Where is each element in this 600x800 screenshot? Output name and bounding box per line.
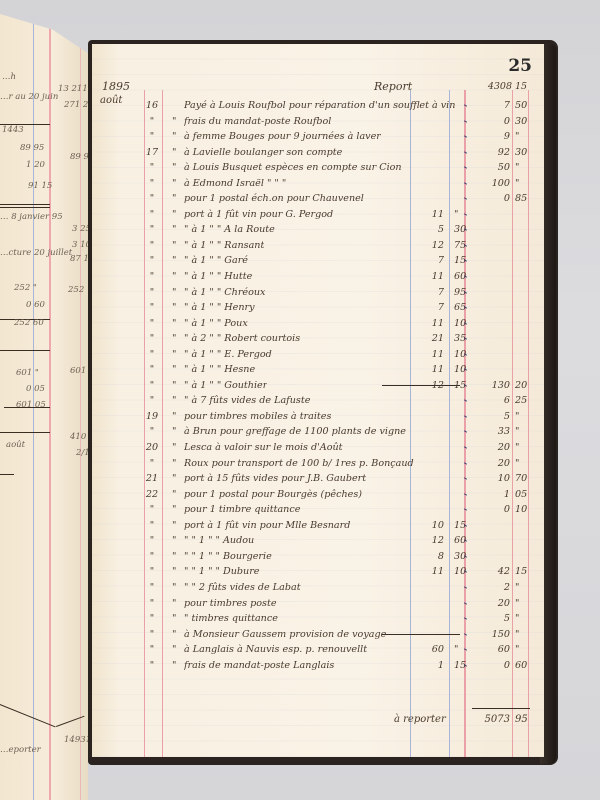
entry-day: " xyxy=(144,644,160,655)
entry-subtotal-francs: 10 xyxy=(420,520,444,531)
entry-subtotal-francs: 12 xyxy=(420,240,444,251)
entry-amount-centimes: 50 xyxy=(515,100,533,111)
ledger-entry-row: " " frais de mandat-poste Langlais 1 15 … xyxy=(92,659,544,675)
entry-day: " xyxy=(144,116,160,127)
entry-ditto-mark: " xyxy=(172,644,176,655)
left-page-text: …cture 20 juillet xyxy=(0,248,72,258)
entry-description: à Lavielle boulanger son compte xyxy=(184,147,342,158)
checkmark-tick-icon xyxy=(464,586,467,588)
left-closing-stroke xyxy=(0,704,56,727)
checkmark-tick-icon xyxy=(464,167,467,169)
entry-amount-centimes: " xyxy=(515,162,533,173)
entry-ditto-mark: " xyxy=(172,302,176,313)
entry-subtotal-centimes: 30 xyxy=(454,551,470,562)
entry-day: " xyxy=(144,162,160,173)
left-page-text: 14931 xyxy=(64,735,91,745)
checkmark-tick-icon xyxy=(464,477,467,479)
year-label: 1895 xyxy=(102,80,130,93)
checkmark-tick-icon xyxy=(464,198,467,200)
entry-description: " à 7 fûts vides de Lafuste xyxy=(184,395,310,406)
entry-ditto-mark: " xyxy=(172,209,176,220)
left-total-rule xyxy=(0,207,50,208)
entry-ditto-mark: " xyxy=(172,162,176,173)
entry-ditto-mark: " xyxy=(172,426,176,437)
entry-ditto-mark: " xyxy=(172,629,176,640)
entry-day: " xyxy=(144,380,160,391)
entry-day: " xyxy=(144,302,160,313)
entry-amount-francs: 20 xyxy=(470,458,510,469)
entry-ditto-mark: " xyxy=(172,224,176,235)
entry-ditto-mark: " xyxy=(172,473,176,484)
entry-amount-francs: 5 xyxy=(470,411,510,422)
entry-amount-francs: 130 xyxy=(470,380,510,391)
page-number: 25 xyxy=(508,56,532,76)
entry-subtotal-centimes: 15 xyxy=(454,660,470,671)
entry-subtotal-francs: 11 xyxy=(420,318,444,329)
checkmark-tick-icon xyxy=(464,151,467,153)
ledger-entry-row: 19 " pour timbres mobiles à traites 5 " xyxy=(92,410,544,426)
entry-amount-centimes: 15 xyxy=(515,566,533,577)
ledger-entry-row: " " à Louis Busquet espèces en compte su… xyxy=(92,161,544,177)
entry-amount-centimes: 30 xyxy=(515,116,533,127)
entry-amount-francs: 20 xyxy=(470,598,510,609)
entry-day: " xyxy=(144,535,160,546)
ledger-entry-row: " " port à 1 fût vin pour Mlle Besnard 1… xyxy=(92,519,544,535)
left-page-text: 0 05 xyxy=(26,384,45,394)
entry-ditto-mark: " xyxy=(172,551,176,562)
ledger-entry-row: " " à Edmond Israël " " " 100 " xyxy=(92,177,544,193)
entry-day: " xyxy=(144,660,160,671)
entry-day: " xyxy=(144,364,160,375)
left-red-rule-2 xyxy=(80,14,81,800)
ledger-entry-row: " " " à 1 " " A la Route 5 30 xyxy=(92,223,544,239)
left-page-text: 252 xyxy=(68,285,84,295)
entry-description: " " 2 fûts vides de Labat xyxy=(184,582,301,593)
entry-ditto-mark: " xyxy=(172,240,176,251)
page-total-rule xyxy=(472,708,530,709)
entry-day: 20 xyxy=(144,442,160,453)
entry-subtotal-francs: 7 xyxy=(420,287,444,298)
entry-description: Lesca à valoir sur le mois d'Août xyxy=(184,442,343,453)
entry-amount-centimes: " xyxy=(515,442,533,453)
carried-forward-label: Report xyxy=(374,80,412,93)
entry-day: 22 xyxy=(144,489,160,500)
entry-day: " xyxy=(144,178,160,189)
left-page-text: 252 60 xyxy=(14,318,44,328)
entry-amount-francs: 0 xyxy=(470,660,510,671)
left-total-rule xyxy=(0,350,50,351)
entry-day: " xyxy=(144,333,160,344)
left-total-rule xyxy=(0,474,14,475)
entry-subtotal-francs: 8 xyxy=(420,551,444,562)
entry-description: " à 2 " " Robert courtois xyxy=(184,333,300,344)
entry-amount-francs: 6 xyxy=(470,395,510,406)
entry-amount-centimes: 85 xyxy=(515,193,533,204)
entry-day: " xyxy=(144,551,160,562)
entry-description: " à 1 " " Hutte xyxy=(184,271,252,282)
entry-ditto-mark: " xyxy=(172,131,176,142)
entry-day: " xyxy=(144,193,160,204)
left-page-text: 410 xyxy=(70,432,86,442)
entry-day: " xyxy=(144,395,160,406)
entry-description: " timbres quittance xyxy=(184,613,278,624)
entry-amount-centimes: " xyxy=(515,644,533,655)
entry-subtotal-centimes: 75 xyxy=(454,240,470,251)
entry-description: port à 15 fûts vides pour J.B. Gaubert xyxy=(184,473,366,484)
left-page-fragment: …h…r au 20 juin13 211 65271 25144389 958… xyxy=(0,14,88,800)
entry-amount-centimes: 60 xyxy=(515,660,533,671)
entry-ditto-mark: " xyxy=(172,349,176,360)
ledger-page: 25 1895 août Report 4308 15 16 Payé à Lo… xyxy=(92,44,544,757)
entry-ditto-mark: " xyxy=(172,566,176,577)
entry-subtotal-centimes: 10 xyxy=(454,566,470,577)
entry-day: " xyxy=(144,458,160,469)
entry-day: 19 xyxy=(144,411,160,422)
entry-day: 16 xyxy=(144,100,160,111)
checkmark-tick-icon xyxy=(464,446,467,448)
entry-amount-francs: 2 xyxy=(470,582,510,593)
entry-amount-francs: 100 xyxy=(470,178,510,189)
entry-amount-centimes: " xyxy=(515,178,533,189)
ledger-entry-row: " " à Langlais à Nauvis esp. p. renouvel… xyxy=(92,643,544,659)
entry-description: " " 1 " " Bourgerie xyxy=(184,551,272,562)
checkmark-tick-icon xyxy=(464,493,467,495)
entry-amount-francs: 92 xyxy=(470,147,510,158)
entry-ditto-mark: " xyxy=(172,598,176,609)
entry-day: " xyxy=(144,131,160,142)
entry-day: " xyxy=(144,582,160,593)
entry-day: " xyxy=(144,598,160,609)
entry-amount-francs: 9 xyxy=(470,131,510,142)
subtotal-rule xyxy=(382,385,460,386)
entry-description: " à 1 " " E. Pergod xyxy=(184,349,272,360)
entry-description: pour 1 postal pour Bourgès (pêches) xyxy=(184,489,362,500)
entry-ditto-mark: " xyxy=(172,333,176,344)
entry-ditto-mark: " xyxy=(172,458,176,469)
entry-amount-centimes: " xyxy=(515,629,533,640)
entry-amount-centimes: " xyxy=(515,598,533,609)
ledger-entry-row: 17 " à Lavielle boulanger son compte 92 … xyxy=(92,146,544,162)
entry-amount-centimes: " xyxy=(515,131,533,142)
entry-day: " xyxy=(144,520,160,531)
entry-ditto-mark: " xyxy=(172,395,176,406)
entry-ditto-mark: " xyxy=(172,660,176,671)
entry-description: " à 1 " " Henry xyxy=(184,302,255,313)
entry-amount-centimes: " xyxy=(515,426,533,437)
ledger-entries: 16 Payé à Louis Roufbol pour réparation … xyxy=(92,99,544,674)
left-total-rule xyxy=(0,204,50,205)
entry-amount-francs: 10 xyxy=(470,473,510,484)
left-page-text: 601 xyxy=(70,366,86,376)
ledger-entry-row: " " à femme Bouges pour 9 journées à lav… xyxy=(92,130,544,146)
entry-subtotal-centimes: 60 xyxy=(454,271,470,282)
entry-ditto-mark: " xyxy=(172,613,176,624)
entry-amount-francs: 5 xyxy=(470,613,510,624)
entry-description: frais du mandat-poste Roufbol xyxy=(184,116,331,127)
checkmark-tick-icon xyxy=(464,617,467,619)
left-total-rule xyxy=(0,432,50,433)
entry-subtotal-centimes: 10 xyxy=(454,318,470,329)
entry-amount-centimes: 20 xyxy=(515,380,533,391)
entry-day: " xyxy=(144,240,160,251)
entry-amount-centimes: 30 xyxy=(515,147,533,158)
ledger-entry-row: " " " à 7 fûts vides de Lafuste 6 25 xyxy=(92,394,544,410)
entry-day: 21 xyxy=(144,473,160,484)
left-page-text: 252 " xyxy=(14,283,37,293)
entry-description: " à 1 " " Ransant xyxy=(184,240,264,251)
entry-subtotal-francs: 11 xyxy=(420,271,444,282)
entry-ditto-mark: " xyxy=(172,193,176,204)
ledger-entry-row: " " " à 1 " " Chréoux 7 95 xyxy=(92,286,544,302)
entry-amount-francs: 0 xyxy=(470,504,510,515)
entry-description: " à 1 " " Hesne xyxy=(184,364,255,375)
entry-ditto-mark: " xyxy=(172,442,176,453)
entry-description: à Edmond Israël " " " xyxy=(184,178,286,189)
entry-description: port à 1 fût vin pour G. Pergod xyxy=(184,209,333,220)
checkmark-tick-icon xyxy=(464,431,467,433)
entry-description: à Langlais à Nauvis esp. p. renouvellt xyxy=(184,644,367,655)
entry-description: à Louis Busquet espèces en compte sur Ci… xyxy=(184,162,402,173)
ledger-entry-row: " " " à 2 " " Robert courtois 21 35 xyxy=(92,332,544,348)
entry-subtotal-francs: 5 xyxy=(420,224,444,235)
left-page-text: 91 15 xyxy=(28,181,52,191)
entry-amount-francs: 60 xyxy=(470,644,510,655)
entry-amount-centimes: " xyxy=(515,582,533,593)
entry-amount-centimes: 10 xyxy=(515,504,533,515)
entry-ditto-mark: " xyxy=(172,178,176,189)
entry-amount-francs: 7 xyxy=(470,100,510,111)
ledger-entry-row: " " " à 1 " " Hesne 11 10 xyxy=(92,363,544,379)
entry-amount-francs: 0 xyxy=(470,193,510,204)
left-page-text: 0 60 xyxy=(26,300,45,310)
entry-amount-centimes: " xyxy=(515,458,533,469)
ledger-entry-row: " " " à 1 " " Gouthier 12 15 130 20 xyxy=(92,379,544,395)
entry-ditto-mark: " xyxy=(172,380,176,391)
entry-description: " à 1 " " Chréoux xyxy=(184,287,265,298)
entry-subtotal-centimes: 95 xyxy=(454,287,470,298)
entry-subtotal-centimes: " xyxy=(454,209,470,220)
ledger-entry-row: " " " à 1 " " Poux 11 10 xyxy=(92,317,544,333)
ledger-entry-row: " " " " 1 " " Bourgerie 8 30 xyxy=(92,550,544,566)
entry-description: à Brun pour greffage de 1100 plants de v… xyxy=(184,426,406,437)
left-page-text: 601 " xyxy=(16,368,39,378)
left-page-text: 601 05 xyxy=(16,400,46,410)
entry-description: Payé à Louis Roufbol pour réparation d'u… xyxy=(184,100,455,111)
entry-amount-centimes: 70 xyxy=(515,473,533,484)
ledger-entry-row: 21 " port à 15 fûts vides pour J.B. Gaub… xyxy=(92,472,544,488)
entry-subtotal-francs: 11 xyxy=(420,209,444,220)
entry-ditto-mark: " xyxy=(172,364,176,375)
ledger-entry-row: " " Roux pour transport de 100 b/ 1res p… xyxy=(92,457,544,473)
entry-subtotal-centimes: 30 xyxy=(454,224,470,235)
entry-amount-francs: 33 xyxy=(470,426,510,437)
carry-to-next-label: à reporter xyxy=(394,714,446,725)
entry-day: " xyxy=(144,426,160,437)
entry-day: " xyxy=(144,287,160,298)
entry-day: " xyxy=(144,224,160,235)
left-page-text: 1443 xyxy=(2,125,24,135)
checkmark-tick-icon xyxy=(464,104,467,106)
entry-ditto-mark: " xyxy=(172,271,176,282)
entry-subtotal-francs: 60 xyxy=(420,644,444,655)
left-page-text: 1 20 xyxy=(26,160,45,170)
entry-amount-francs: 50 xyxy=(470,162,510,173)
entry-description: frais de mandat-poste Langlais xyxy=(184,660,334,671)
entry-subtotal-francs: 7 xyxy=(420,255,444,266)
entry-ditto-mark: " xyxy=(172,582,176,593)
entry-description: Roux pour transport de 100 b/ 1res p. Bo… xyxy=(184,458,414,469)
entry-ditto-mark: " xyxy=(172,147,176,158)
entry-subtotal-centimes: 10 xyxy=(454,364,470,375)
entry-day: " xyxy=(144,349,160,360)
entry-amount-centimes: " xyxy=(515,613,533,624)
entry-description: " " 1 " " Dubure xyxy=(184,566,259,577)
carried-forward-centimes: 15 xyxy=(515,81,535,92)
entry-amount-centimes: " xyxy=(515,411,533,422)
entry-description: pour timbres mobiles à traites xyxy=(184,411,331,422)
ledger-entry-row: " " " à 1 " " Henry 7 65 xyxy=(92,301,544,317)
entry-description: " à 1 " " Gouthier xyxy=(184,380,267,391)
entry-ditto-mark: " xyxy=(172,318,176,329)
ledger-entry-row: " " à Monsieur Gaussem provision de voya… xyxy=(92,628,544,644)
entry-ditto-mark: " xyxy=(172,116,176,127)
left-page-text: … 8 janvier 95 xyxy=(0,212,63,222)
entry-ditto-mark: " xyxy=(172,504,176,515)
entry-amount-francs: 42 xyxy=(470,566,510,577)
ledger-entry-row: 16 Payé à Louis Roufbol pour réparation … xyxy=(92,99,544,115)
checkmark-tick-icon xyxy=(464,509,467,511)
carry-to-next-centimes: 95 xyxy=(515,714,533,725)
entry-amount-francs: 1 xyxy=(470,489,510,500)
ledger-entry-row: " " pour timbres poste 20 " xyxy=(92,597,544,613)
carried-forward-francs: 4308 xyxy=(452,81,512,92)
ledger-entry-row: " " " " 1 " " Dubure 11 10 42 15 xyxy=(92,565,544,581)
left-page-text: …eporter xyxy=(0,745,41,755)
checkmark-tick-icon xyxy=(464,415,467,417)
entry-subtotal-centimes: 35 xyxy=(454,333,470,344)
entry-ditto-mark: " xyxy=(172,535,176,546)
entry-day: " xyxy=(144,271,160,282)
entry-subtotal-francs: 12 xyxy=(420,535,444,546)
ledger-entry-row: " " frais du mandat-poste Roufbol 0 30 xyxy=(92,115,544,131)
ledger-entry-row: " " port à 1 fût vin pour G. Pergod 11 " xyxy=(92,208,544,224)
entry-description: pour timbres poste xyxy=(184,598,277,609)
entry-subtotal-centimes: 65 xyxy=(454,302,470,313)
entry-ditto-mark: " xyxy=(172,489,176,500)
left-page-text: …r au 20 juin xyxy=(0,92,58,102)
checkmark-tick-icon xyxy=(464,182,467,184)
entry-day: " xyxy=(144,318,160,329)
entry-day: " xyxy=(144,566,160,577)
entry-subtotal-francs: 11 xyxy=(420,566,444,577)
entry-subtotal-francs: 11 xyxy=(420,349,444,360)
ledger-entry-row: " " " à 1 " " Hutte 11 60 xyxy=(92,270,544,286)
ledger-entry-row: 20 " Lesca à valoir sur le mois d'Août 2… xyxy=(92,441,544,457)
checkmark-tick-icon xyxy=(464,135,467,137)
entry-subtotal-centimes: 10 xyxy=(454,349,470,360)
entry-amount-francs: 150 xyxy=(470,629,510,640)
left-page-text: …h xyxy=(2,72,16,82)
ledger-entry-row: " " " " 2 fûts vides de Labat 2 " xyxy=(92,581,544,597)
entry-description: pour 1 postal éch.on pour Chauvenel xyxy=(184,193,364,204)
entry-ditto-mark: " xyxy=(172,255,176,266)
entry-ditto-mark: " xyxy=(172,411,176,422)
entry-description: " à 1 " " A la Route xyxy=(184,224,275,235)
entry-subtotal-francs: 21 xyxy=(420,333,444,344)
entry-day: " xyxy=(144,209,160,220)
ledger-entry-row: " " " à 1 " " Ransant 12 75 xyxy=(92,239,544,255)
ledger-entry-row: " " " timbres quittance 5 " xyxy=(92,612,544,628)
entry-subtotal-centimes: 60 xyxy=(454,535,470,546)
ledger-entry-row: " " " à 1 " " E. Pergod 11 10 xyxy=(92,348,544,364)
entry-amount-francs: 20 xyxy=(470,442,510,453)
ledger-entry-row: " " " à 1 " " Garé 7 15 xyxy=(92,254,544,270)
entry-ditto-mark: " xyxy=(172,287,176,298)
entry-amount-centimes: 05 xyxy=(515,489,533,500)
entry-description: " " 1 " " Audou xyxy=(184,535,254,546)
entry-description: pour 1 timbre quittance xyxy=(184,504,300,515)
carry-to-next-francs: 5073 xyxy=(470,714,510,725)
entry-subtotal-centimes: " xyxy=(454,644,470,655)
entry-subtotal-centimes: 15 xyxy=(454,255,470,266)
entry-day: " xyxy=(144,629,160,640)
entry-subtotal-centimes: 15 xyxy=(454,520,470,531)
entry-amount-francs: 0 xyxy=(470,116,510,127)
ledger-entry-row: 22 " pour 1 postal pour Bourgès (pêches)… xyxy=(92,488,544,504)
ledger-entry-row: " " " " 1 " " Audou 12 60 xyxy=(92,534,544,550)
entry-amount-centimes: 25 xyxy=(515,395,533,406)
entry-day: " xyxy=(144,255,160,266)
entry-subtotal-francs: 7 xyxy=(420,302,444,313)
entry-ditto-mark: " xyxy=(172,520,176,531)
subtotal-rule xyxy=(382,634,460,635)
left-page-text: 89 95 xyxy=(20,143,44,153)
checkmark-tick-icon xyxy=(464,120,467,122)
left-page-text: août xyxy=(6,440,25,450)
checkmark-tick-icon xyxy=(464,602,467,604)
entry-day: " xyxy=(144,613,160,624)
ledger-entry-row: " " pour 1 timbre quittance 0 10 xyxy=(92,503,544,519)
entry-subtotal-francs: 1 xyxy=(420,660,444,671)
entry-subtotal-francs: 11 xyxy=(420,364,444,375)
entry-day: " xyxy=(144,504,160,515)
ledger-entry-row: " " pour 1 postal éch.on pour Chauvenel … xyxy=(92,192,544,208)
entry-description: " à 1 " " Poux xyxy=(184,318,248,329)
entry-description: " à 1 " " Garé xyxy=(184,255,248,266)
entry-day: 17 xyxy=(144,147,160,158)
entry-description: à femme Bouges pour 9 journées à laver xyxy=(184,131,381,142)
ledger-entry-row: " " à Brun pour greffage de 1100 plants … xyxy=(92,425,544,441)
entry-description: port à 1 fût vin pour Mlle Besnard xyxy=(184,520,350,531)
checkmark-tick-icon xyxy=(464,462,467,464)
entry-description: à Monsieur Gaussem provision de voyage xyxy=(184,629,386,640)
checkmark-tick-icon xyxy=(464,633,467,635)
checkmark-tick-icon xyxy=(464,400,467,402)
